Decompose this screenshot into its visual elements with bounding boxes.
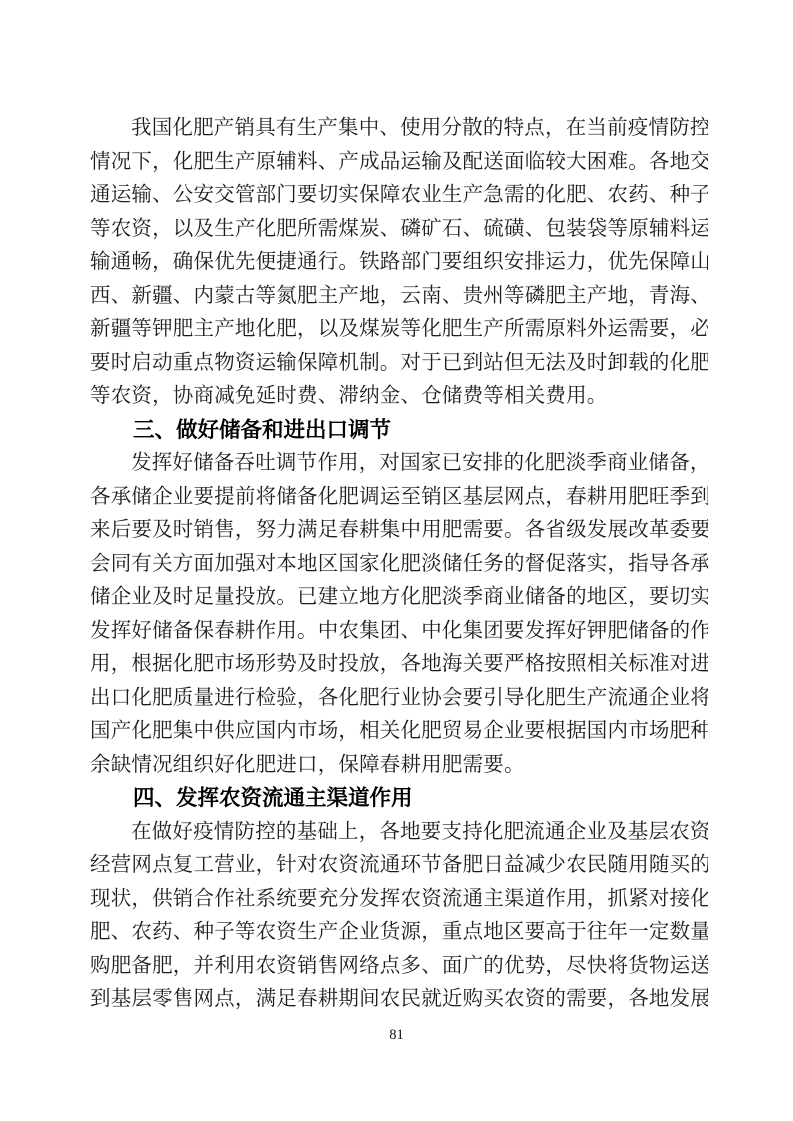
text-line: 购肥备肥，并利用农资销售网络点多、面广的优势，尽快将货物运送 — [90, 950, 708, 984]
paragraph: 发挥好储备吞吐调节作用，对国家已安排的化肥淡季商业储备，各承储企业要提前将储备化… — [90, 447, 708, 782]
paragraph: 我国化肥产销具有生产集中、使用分散的特点，在当前疫情防控情况下，化肥生产原辅料、… — [90, 112, 708, 414]
text-line: 情况下，化肥生产原辅料、产成品运输及配送面临较大困难。各地交 — [90, 146, 708, 180]
text-line: 等农资，协商减免延时费、滞纳金、仓储费等相关费用。 — [90, 380, 708, 414]
text-line: 到基层零售网点，满足春耕期间农民就近购买农资的需要，各地发展 — [90, 983, 708, 1017]
text-line: 输通畅，确保优先便捷通行。铁路部门要组织安排运力，优先保障山 — [90, 246, 708, 280]
text-line: 新疆等钾肥主产地化肥，以及煤炭等化肥生产所需原料外运需要，必 — [90, 313, 708, 347]
text-line: 用，根据化肥市场形势及时投放，各地海关要严格按照相关标准对进 — [90, 648, 708, 682]
text-line: 肥、农药、种子等农资生产企业货源，重点地区要高于往年一定数量 — [90, 916, 708, 950]
text-line: 出口化肥质量进行检验，各化肥行业协会要引导化肥生产流通企业将 — [90, 682, 708, 716]
text-line: 发挥好储备保春耕作用。中农集团、中化集团要发挥好钾肥储备的作 — [90, 615, 708, 649]
text-line: 各承储企业要提前将储备化肥调运至销区基层网点，春耕用肥旺季到 — [90, 481, 708, 515]
text-line: 在做好疫情防控的基础上，各地要支持化肥流通企业及基层农资 — [90, 816, 708, 850]
text-line: 会同有关方面加强对本地区国家化肥淡储任务的督促落实，指导各承 — [90, 548, 708, 582]
text-line: 通运输、公安交管部门要切实保障农业生产急需的化肥、农药、种子 — [90, 179, 708, 213]
document-page: 我国化肥产销具有生产集中、使用分散的特点，在当前疫情防控情况下，化肥生产原辅料、… — [0, 0, 793, 1121]
text-line: 来后要及时销售，努力满足春耕集中用肥需要。各省级发展改革委要 — [90, 514, 708, 548]
text-line: 国产化肥集中供应国内市场，相关化肥贸易企业要根据国内市场肥种 — [90, 715, 708, 749]
text-line: 等农资，以及生产化肥所需煤炭、磷矿石、硫磺、包装袋等原辅料运 — [90, 213, 708, 247]
section-heading: 三、做好储备和进出口调节 — [90, 414, 708, 448]
text-line: 经营网点复工营业，针对农资流通环节备肥日益减少农民随用随买的 — [90, 849, 708, 883]
section-heading: 四、发挥农资流通主渠道作用 — [90, 782, 708, 816]
text-line: 余缺情况组织好化肥进口，保障春耕用肥需要。 — [90, 749, 708, 783]
text-line: 储企业及时足量投放。已建立地方化肥淡季商业储备的地区，要切实 — [90, 581, 708, 615]
paragraph: 在做好疫情防控的基础上，各地要支持化肥流通企业及基层农资经营网点复工营业，针对农… — [90, 816, 708, 1017]
text-line: 发挥好储备吞吐调节作用，对国家已安排的化肥淡季商业储备， — [90, 447, 708, 481]
page-number: 81 — [0, 1026, 793, 1044]
document-body: 我国化肥产销具有生产集中、使用分散的特点，在当前疫情防控情况下，化肥生产原辅料、… — [90, 112, 708, 1017]
text-line: 现状，供销合作社系统要充分发挥农资流通主渠道作用，抓紧对接化 — [90, 883, 708, 917]
text-line: 西、新疆、内蒙古等氮肥主产地，云南、贵州等磷肥主产地，青海、 — [90, 280, 708, 314]
text-line: 我国化肥产销具有生产集中、使用分散的特点，在当前疫情防控 — [90, 112, 708, 146]
text-line: 要时启动重点物资运输保障机制。对于已到站但无法及时卸载的化肥 — [90, 347, 708, 381]
